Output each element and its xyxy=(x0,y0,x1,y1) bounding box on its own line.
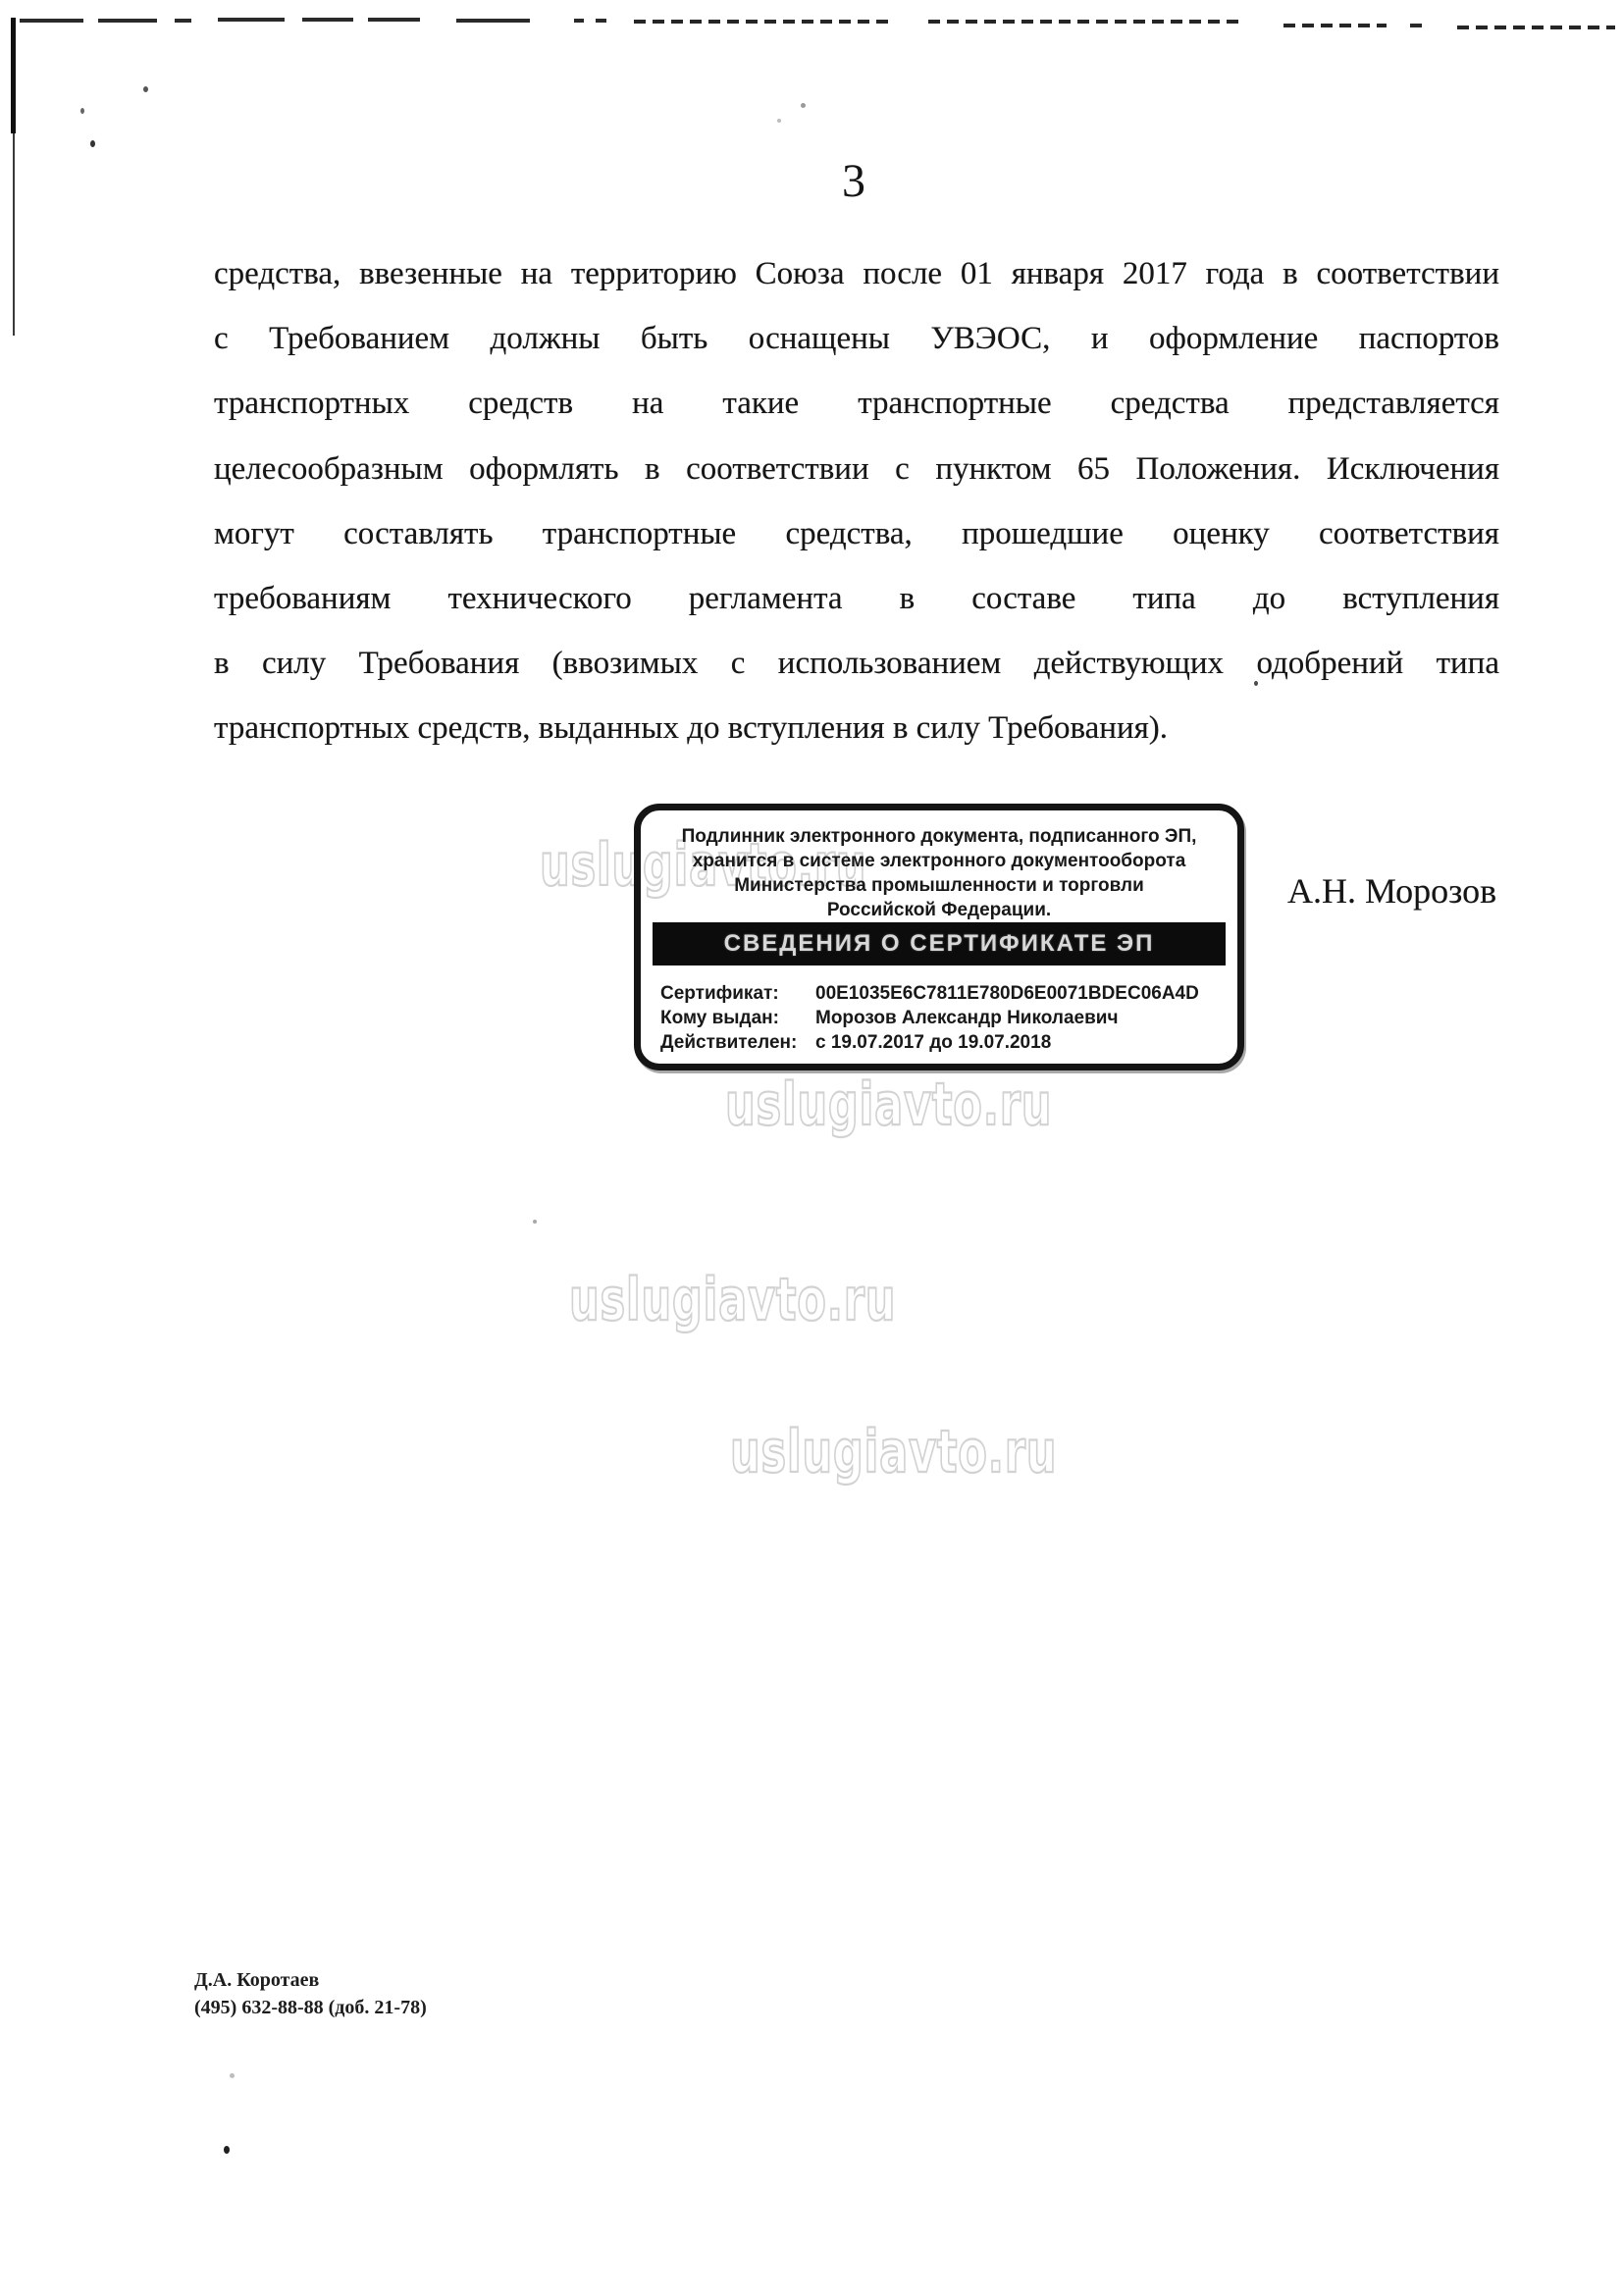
cert-label: Действителен: xyxy=(660,1030,815,1055)
stamp-header-line: хранится в системе электронного документ… xyxy=(641,849,1237,873)
body-paragraph: средства, ввезенные на территорию Союза … xyxy=(214,241,1499,761)
watermark-uslugiavto: uslugiavto.ru xyxy=(730,1423,1057,1482)
stamp-header-line: Подлинник электронного документа, подпис… xyxy=(641,824,1237,849)
body-line: транспортных средств, выданных до вступл… xyxy=(214,696,1499,760)
body-line: требованиям технического регламента в со… xyxy=(214,566,1499,631)
body-line: с Требованием должны быть оснащены УВЭОС… xyxy=(214,306,1499,371)
scan-speck xyxy=(777,119,781,123)
scan-artifact-left-line-thin xyxy=(13,133,15,336)
stamp-certificate-details: Сертификат:00E1035E6C7811E780D6E0071BDEC… xyxy=(641,981,1237,1055)
watermark-uslugiavto: uslugiavto.ru xyxy=(725,1075,1052,1134)
cert-row: Действителен:с 19.07.2017 до 19.07.2018 xyxy=(660,1030,1237,1055)
body-line: могут составлять транспортные средства, … xyxy=(214,501,1499,566)
signatory-name: А.Н. Морозов xyxy=(1287,869,1496,913)
e-signature-stamp: Подлинник электронного документа, подпис… xyxy=(634,804,1244,1070)
page-number: 3 xyxy=(824,157,883,206)
stamp-header-line: Министерства промышленности и торговли xyxy=(641,873,1237,898)
body-line: целесообразным оформлять в соответствии … xyxy=(214,437,1499,501)
body-line: средства, ввезенные на территорию Союза … xyxy=(214,241,1499,306)
footer-contact: Д.А. Коротаев (495) 632-88-88 (доб. 21-7… xyxy=(194,1966,427,2021)
cert-value: с 19.07.2017 до 19.07.2018 xyxy=(815,1032,1051,1053)
scan-speck xyxy=(801,103,806,108)
cert-value: 00E1035E6C7811E780D6E0071BDEC06A4D xyxy=(815,983,1199,1004)
footer-contact-name: Д.А. Коротаев xyxy=(194,1966,427,1994)
scanned-document-page: 3 uslugiavto.ru uslugiavto.ru uslugiavto… xyxy=(0,0,1623,2296)
scan-speck xyxy=(533,1220,537,1224)
cert-row: Сертификат:00E1035E6C7811E780D6E0071BDEC… xyxy=(660,981,1237,1006)
scan-speck xyxy=(230,2073,235,2078)
cert-value: Морозов Александр Николаевич xyxy=(815,1008,1118,1028)
scan-speck xyxy=(80,108,84,114)
scan-speck xyxy=(90,140,95,147)
cert-row: Кому выдан:Морозов Александр Николаевич xyxy=(660,1006,1237,1030)
scan-speck xyxy=(143,86,148,92)
body-line: в силу Требования (ввозимых с использова… xyxy=(214,631,1499,696)
stamp-certificate-bar-title: СВЕДЕНИЯ О СЕРТИФИКАТЕ ЭП xyxy=(653,922,1226,965)
cert-label: Сертификат: xyxy=(660,981,815,1006)
cert-label: Кому выдан: xyxy=(660,1006,815,1030)
scan-speck xyxy=(224,2146,230,2154)
watermark-uslugiavto: uslugiavto.ru xyxy=(569,1271,896,1330)
scan-artifact-left-line xyxy=(11,18,16,133)
stamp-header-line: Российской Федерации. xyxy=(641,898,1237,922)
footer-contact-phone: (495) 632-88-88 (доб. 21-78) xyxy=(194,1994,427,2021)
body-line: транспортных средств на такие транспортн… xyxy=(214,371,1499,436)
